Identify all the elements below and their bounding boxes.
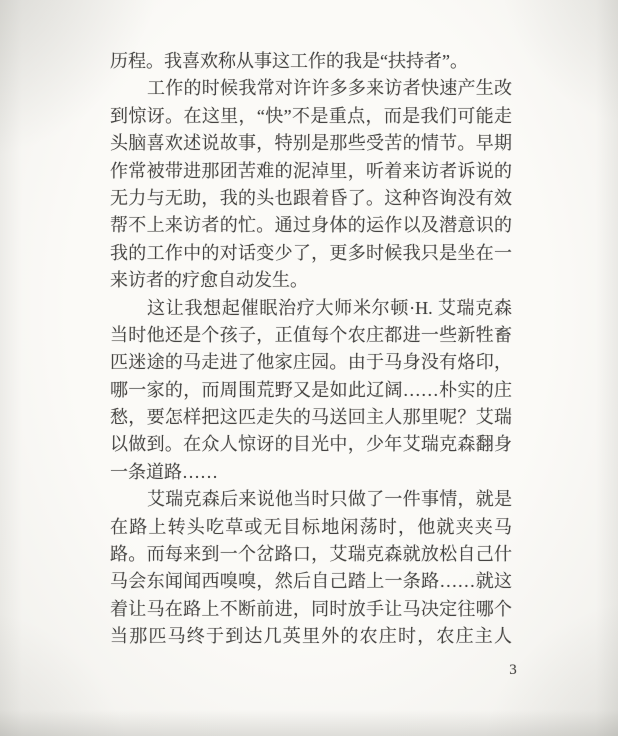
- text-line: 头脑喜欢述说故事，特别是那些受苦的情节。早期我的咨询工: [110, 130, 512, 157]
- text-line: 我的工作中的对话变少了，更多时候我只是坐在一旁陪伴，让: [110, 240, 512, 267]
- text-line: 在路上转头吃草或无目标地闲荡时，他就夹夹马肚，催促它上: [110, 514, 512, 541]
- paragraph-work-observation: 工作的时候我常对许许多多来访者快速产生改变的现象感 到惊讶。在这里，“快”不是重…: [110, 75, 512, 294]
- text-line: 匹迷途的马走进了他家庄园。由于马身没有烙印，无法辨识是: [110, 349, 512, 376]
- text-line: 以做到。在众人惊讶的目光中，少年艾瑞克森翻身上马，走上: [110, 431, 512, 458]
- text-line: 这让我想起催眠治疗大师米尔顿·H. 艾瑞克森的一个故事。: [110, 295, 512, 322]
- text-line: 马会东闻闻西嗅嗅，然后自己踏上一条路……就这样，维持: [110, 568, 512, 595]
- text-line: 当那匹马终于到达几英里外的农庄时，农庄主人问：“你怎么: [110, 623, 512, 650]
- text-line: 历程。我喜欢称从事这工作的我是“扶持者”。: [110, 48, 512, 75]
- text-line: 来访者的疗愈自动发生。: [110, 267, 512, 294]
- text-line: 一条道路……: [110, 459, 512, 486]
- text-line: 作常被带进那团苦难的泥淖里，听着来访者诉说的自身内心的: [110, 158, 512, 185]
- text-line: 当时他还是个孩子，正值每个农庄都进一些新牲畜的季节，一: [110, 322, 512, 349]
- text-line: 工作的时候我常对许许多多来访者快速产生改变的现象感: [110, 75, 512, 102]
- paragraph-erickson-story: 这让我想起催眠治疗大师米尔顿·H. 艾瑞克森的一个故事。 当时他还是个孩子，正值…: [110, 295, 512, 487]
- text-block: 历程。我喜欢称从事这工作的我是“扶持者”。 工作的时候我常对许许多多来访者快速产…: [110, 48, 512, 651]
- text-line: 到惊讶。在这里，“快”不是重点，而是我们可能走对了方向。: [110, 103, 512, 130]
- text-line: 哪一家的，而周围荒野又是如此辽阔……朴实的庄稼人都在发: [110, 377, 512, 404]
- text-line: 帮不上来访者的忙。通过身体的运作以及潜意识的智慧，现在: [110, 212, 512, 239]
- book-page: 历程。我喜欢称从事这工作的我是“扶持者”。 工作的时候我常对许许多多来访者快速产…: [0, 0, 618, 736]
- text-line: 着让马在路上不断前进，同时放手让马决定往哪个方向走……: [110, 596, 512, 623]
- text-line: 艾瑞克森后来说他当时只做了一件事情，就是每当那匹马: [110, 486, 512, 513]
- text-line: 愁，要怎样把这匹走失的马送回主人那里呢？艾瑞克森说他可: [110, 404, 512, 431]
- text-line: 路。而每来到一个岔路口，艾瑞克森就放松自己什么都不做，: [110, 541, 512, 568]
- page-number: 3: [498, 662, 528, 679]
- paragraph-continuation: 历程。我喜欢称从事这工作的我是“扶持者”。: [110, 48, 512, 75]
- text-line: 无力与无助，我的头也跟着昏了。这种咨询没有效率，也往往: [110, 185, 512, 212]
- paragraph-horse-journey: 艾瑞克森后来说他当时只做了一件事情，就是每当那匹马 在路上转头吃草或无目标地闲荡…: [110, 486, 512, 650]
